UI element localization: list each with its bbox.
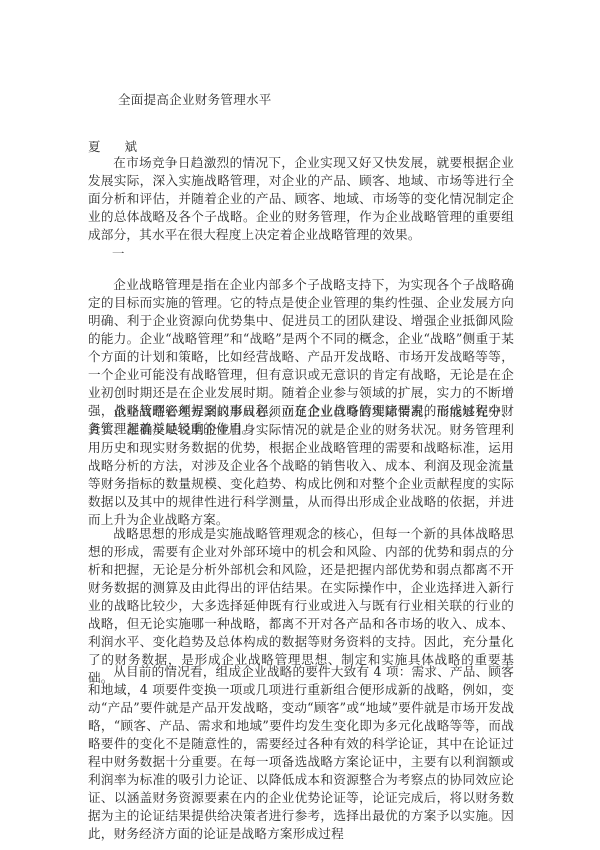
- section-number: 一: [112, 244, 125, 262]
- paragraph-intro: 在市场竞争日趋激烈的情况下，企业实现又好又快发展，就要根据企业发展实际，深入实施…: [88, 154, 514, 244]
- document-title: 全面提高企业财务管理水平: [118, 90, 272, 108]
- author-name: 夏 斌: [88, 137, 143, 155]
- paragraph-strategy-plan: 企业战略管理方案的形成必须立足企业自身的实际情况，而能够充分、真实、准确反映说明…: [88, 403, 514, 529]
- paragraph-strategy-elements: 从目前的情况看，组成企业战略的要件大致有 4 项：需求、产品、顾客和地域，4 项…: [88, 663, 514, 843]
